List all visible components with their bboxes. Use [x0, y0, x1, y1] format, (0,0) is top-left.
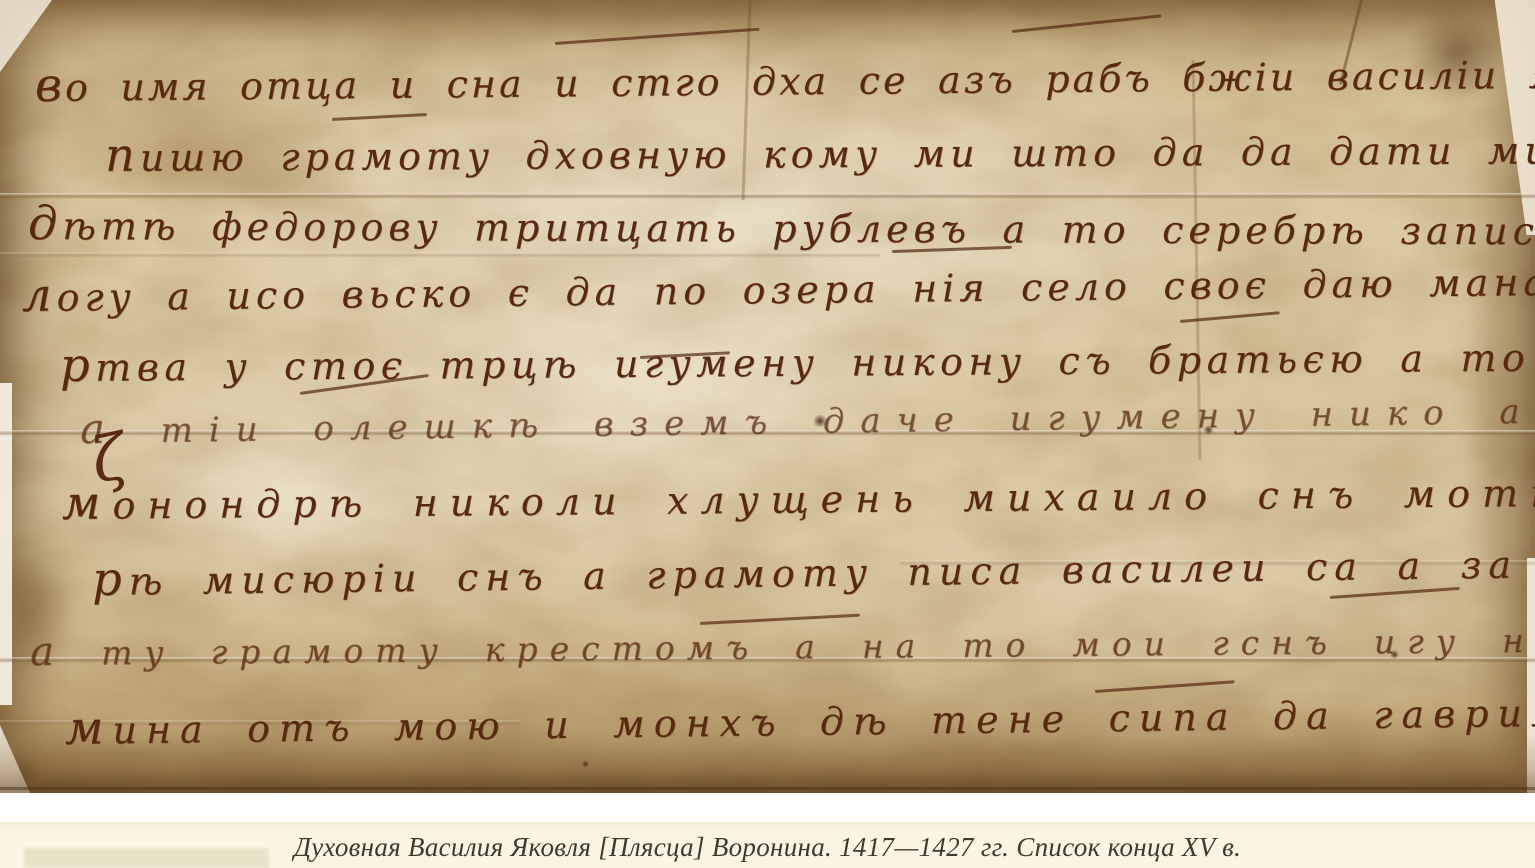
- manuscript-line: ртва у стоє трцѣ игумену никону съ брать…: [60, 331, 1535, 389]
- parchment-bottom-edge: [0, 787, 1535, 790]
- titlo-stroke: [1012, 14, 1161, 33]
- manuscript-line: логу а исо вьско є да по озера нія село …: [22, 253, 1535, 318]
- manuscript-line: рѣ мисюріи снъ а грамоту писа василеи са…: [92, 536, 1535, 603]
- manuscript-line: пишю грамоту дховную кому ми што да да д…: [105, 123, 1535, 179]
- titlo-stroke: [555, 28, 760, 45]
- manuscript-line: дѣтѣ федорову тритцать рублевъ а то сере…: [28, 200, 1535, 253]
- photo-edge-sliver-left: [0, 383, 12, 705]
- titlo-stroke: [700, 614, 860, 625]
- manuscript-line: монондрѣ николи хлущень михаило снъ мотѣ…: [62, 465, 1535, 526]
- manuscript-line: во имя отца и сна и стго дха се азъ рабъ…: [35, 46, 1535, 108]
- manuscript-line: а ту грамоту крестомъ а на то мои гснъ и…: [30, 619, 1535, 673]
- manuscript-line: а тіи олешкѣ вземъ даче игумену нико а и: [80, 387, 1535, 450]
- print-remnant-patch: [24, 848, 269, 868]
- pale-corner-top-right: [1451, 0, 1535, 235]
- caption-gap: [0, 793, 1535, 822]
- caption-band: Духовная Василия Яковля [Плясца] Воронин…: [0, 822, 1535, 868]
- fold-crease: [0, 193, 1535, 199]
- manuscript-photo: во имя отца и сна и стго дха се азъ рабъ…: [0, 0, 1535, 793]
- titlo-stroke: [332, 113, 427, 121]
- fold-crease: [0, 252, 880, 258]
- light-patch-center: [390, 285, 950, 490]
- titlo-stroke: [1330, 587, 1460, 599]
- manuscript-figure: во имя отца и сна и стго дха се азъ рабъ…: [0, 0, 1535, 868]
- figure-caption: Духовная Василия Яковля [Плясца] Воронин…: [294, 832, 1241, 863]
- titlo-stroke: [1180, 311, 1280, 323]
- ink-blot: [582, 760, 589, 768]
